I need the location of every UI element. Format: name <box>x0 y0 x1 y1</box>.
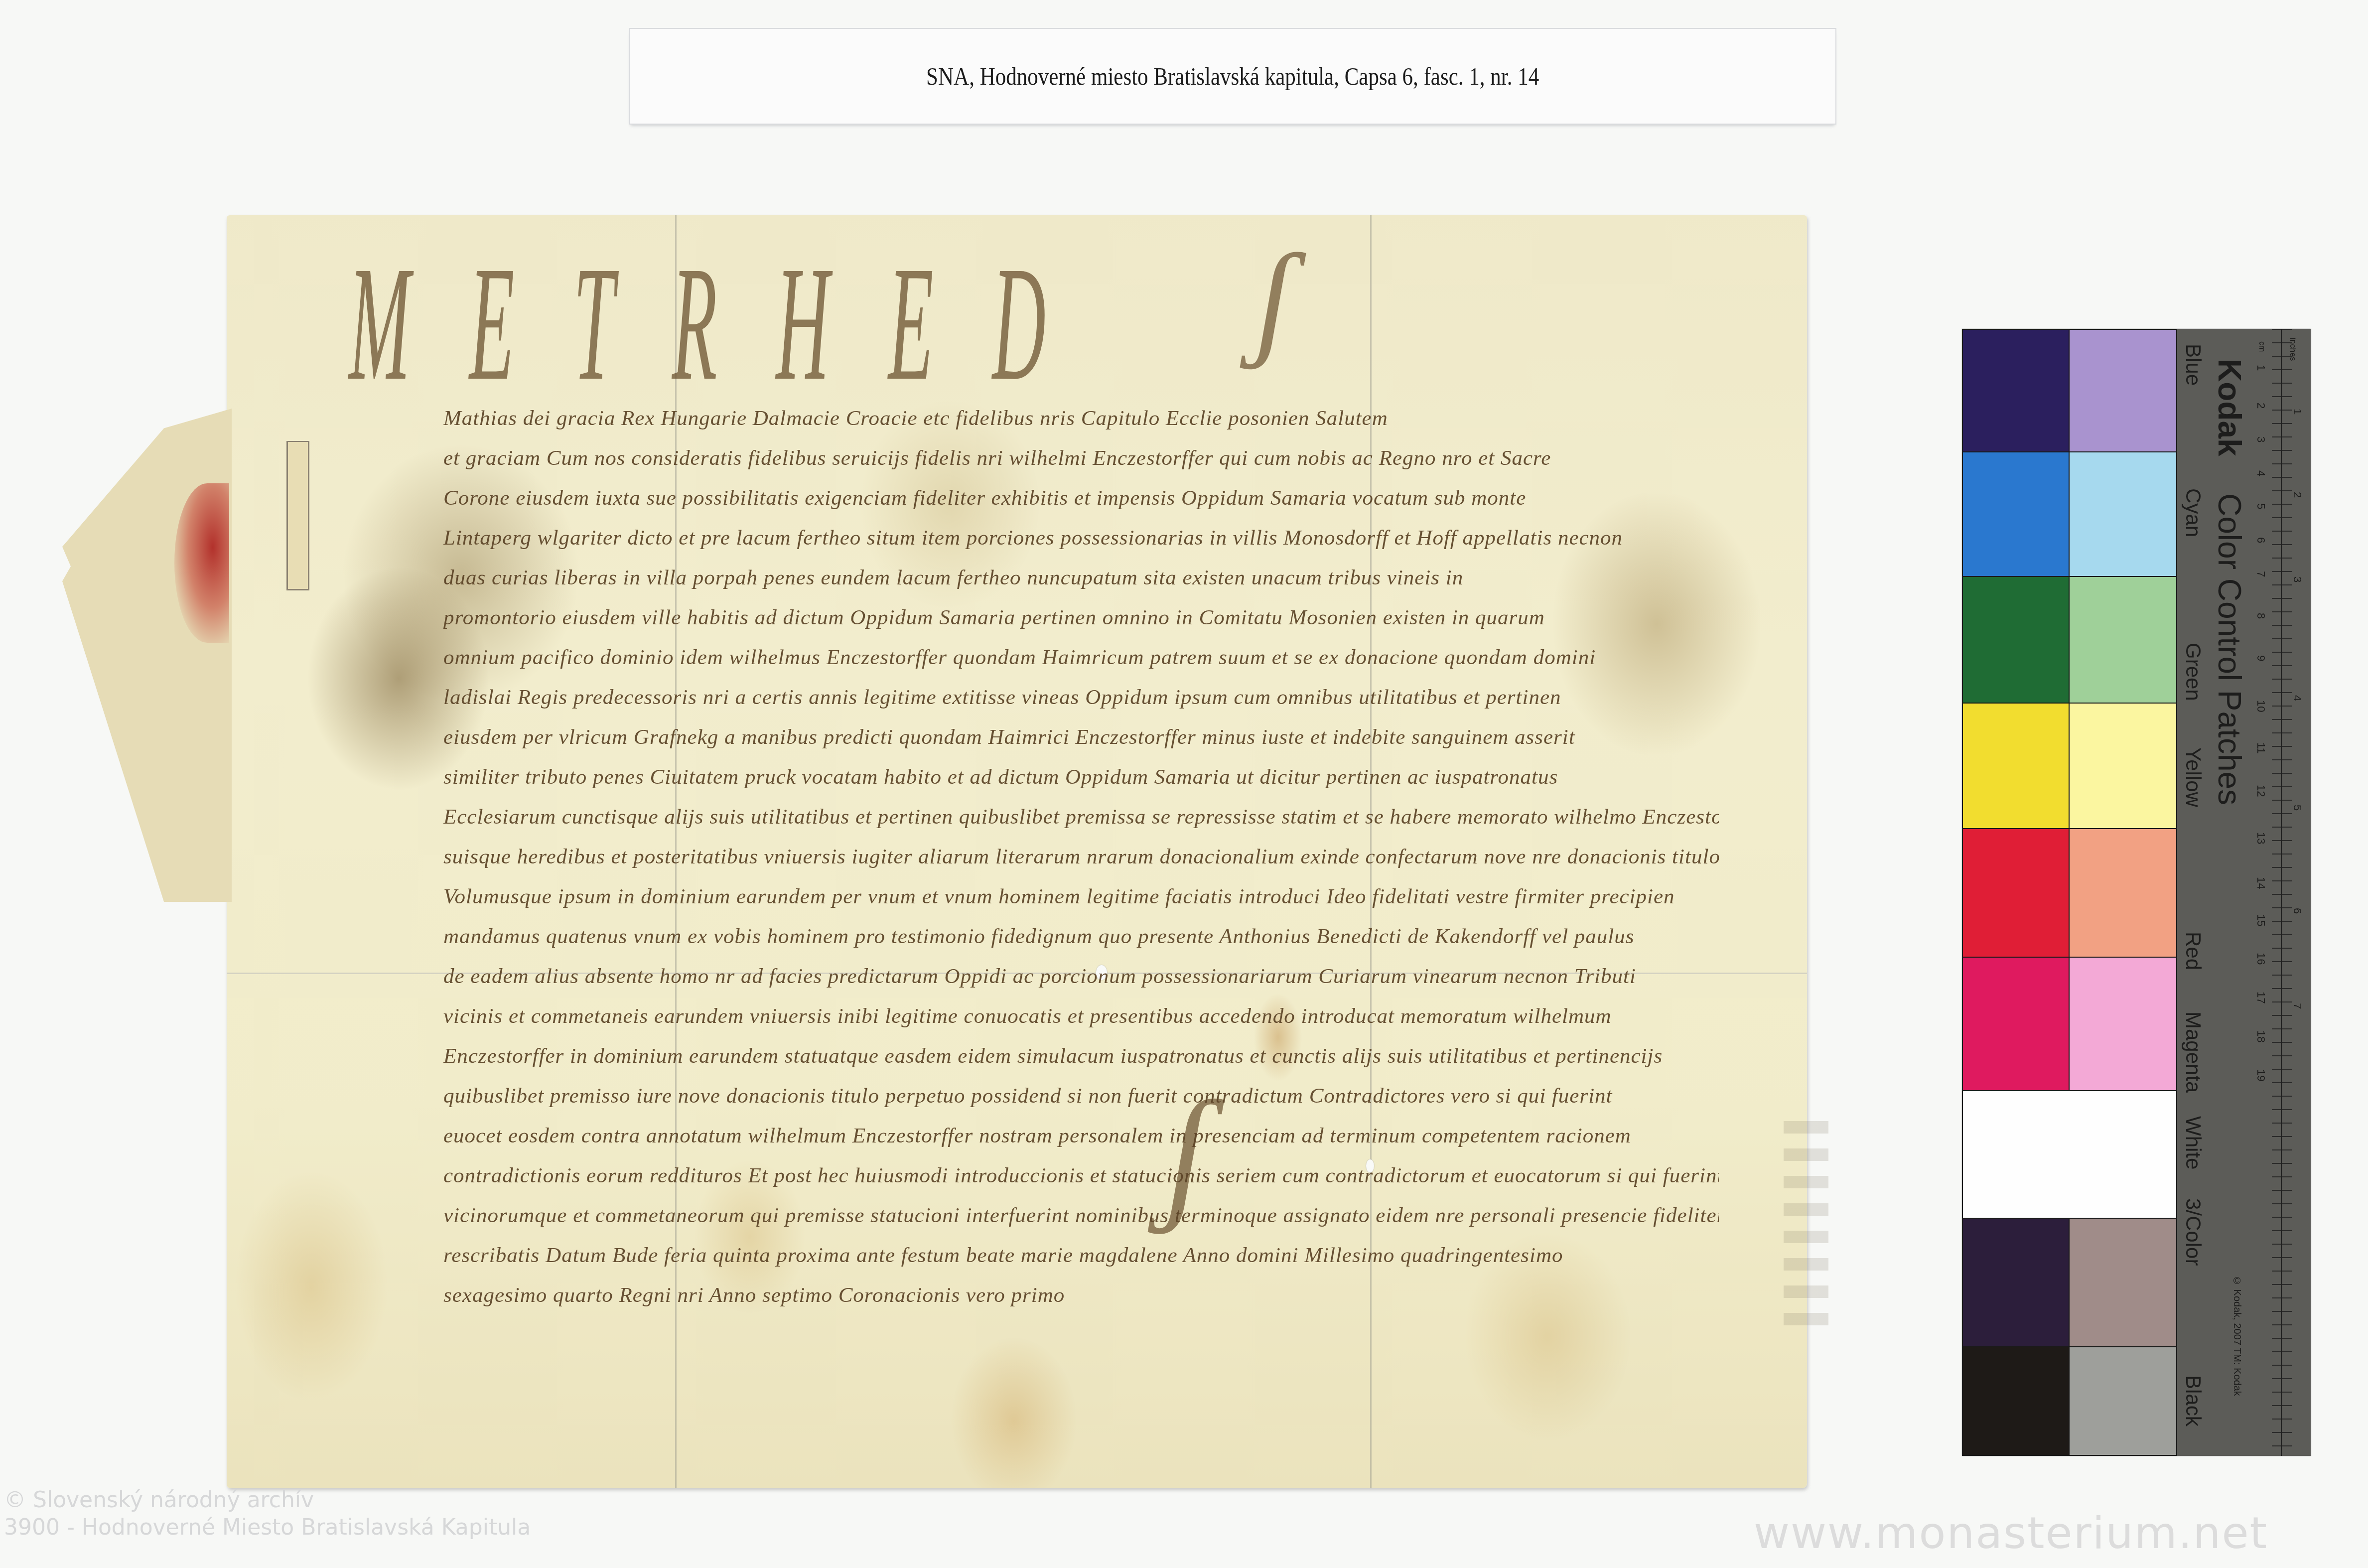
patch-label-black: Black <box>2181 1375 2205 1426</box>
patch-black-dark <box>1962 1346 2070 1456</box>
text-line: Mathias dei gracia Rex Hungarie Dalmacie… <box>443 399 1719 438</box>
ruler-unit-cm: cm <box>2257 341 2266 352</box>
inch-tick: 6 <box>2291 908 2304 914</box>
chart-copyright: © Kodak, 2007 TM: Kodak <box>2231 1276 2242 1396</box>
patch-yellow-light <box>2069 703 2177 829</box>
patch-magenta-light <box>2069 957 2177 1091</box>
text-line: mandamus quatenus vnum ex vobis hominem … <box>443 917 1719 957</box>
patch-red-light <box>2069 828 2177 958</box>
cm-tick: 8 <box>2254 613 2267 619</box>
inch-tick: 2 <box>2291 492 2304 498</box>
cm-tick: 2 <box>2254 403 2267 409</box>
patch-label-white: White <box>2181 1116 2205 1169</box>
text-line: Lintaperg wlgariter dicto et pre lacum f… <box>443 518 1719 558</box>
text-line: eiusdem per vlricum Grafnekg a manibus p… <box>443 717 1719 757</box>
inch-tick: 5 <box>2291 805 2304 811</box>
seal-flap <box>62 409 232 902</box>
charter-text: Mathias dei gracia Rex Hungarie Dalmacie… <box>443 399 1719 1315</box>
cm-tick: 13 <box>2254 832 2267 844</box>
kodak-color-control-strip: Blue Cyan Green Yellow Red Magenta White… <box>1962 329 2311 1456</box>
patch-label-green: Green <box>2181 643 2205 701</box>
cm-tick: 9 <box>2254 655 2267 661</box>
patch-label-red: Red <box>2181 932 2205 970</box>
patch-label-magenta: Magenta <box>2181 1011 2205 1093</box>
inch-tick: 7 <box>2291 1003 2304 1009</box>
text-line: Volumusque ipsum in dominium earundem pe… <box>443 877 1719 917</box>
chart-title: Color Control Patches <box>2211 493 2248 805</box>
cm-tick: 1 <box>2254 365 2267 371</box>
text-line: suisque heredibus et posteritatibus vniu… <box>443 837 1719 877</box>
text-line: et graciam Cum nos consideratis fidelibu… <box>443 438 1719 478</box>
cm-tick: 5 <box>2254 503 2267 509</box>
archival-label-card: SNA, Hodnoverné miesto Bratislavská kapi… <box>629 28 1836 125</box>
patch-blue-light <box>2069 329 2177 452</box>
fond-watermark: 3900 - Hodnoverné Miesto Bratislavská Ka… <box>4 1515 531 1540</box>
patch-white <box>1962 1090 2177 1219</box>
text-line: Corone eiusdem iuxta sue possibilitatis … <box>443 478 1719 518</box>
patch-magenta-dark <box>1962 957 2070 1091</box>
cm-tick: 3 <box>2254 436 2267 442</box>
cm-tick: 6 <box>2254 537 2267 543</box>
patch-green-dark <box>1962 576 2070 704</box>
ruler-band: Blue Cyan Green Yellow Red Magenta White… <box>2177 329 2311 1456</box>
cm-tick: 14 <box>2254 877 2267 889</box>
text-line: Enczestorffer in dominium earundem statu… <box>443 1036 1719 1076</box>
text-line: omnium pacifico dominio idem wilhelmus E… <box>443 638 1719 678</box>
text-line: de eadem alius absente homo nr ad facies… <box>443 957 1719 997</box>
text-line: Ecclesiarum cunctisque alijs suis utilit… <box>443 797 1719 837</box>
ruler-ticks <box>2272 329 2292 1456</box>
seal-tag-slit <box>286 441 309 590</box>
cm-tick: 16 <box>2254 953 2267 965</box>
text-line: sexagesimo quarto Regni nri Anno septimo… <box>443 1276 1719 1315</box>
text-line: contradictionis eorum reddituros Et post… <box>443 1156 1719 1196</box>
text-line: euocet eosdem contra annotatum wilhelmum… <box>443 1116 1719 1156</box>
patch-label-yellow: Yellow <box>2181 747 2205 807</box>
site-watermark: www.monasterium.net <box>1754 1507 2268 1559</box>
cm-tick: 18 <box>2254 1030 2267 1042</box>
inch-tick: 4 <box>2291 695 2304 701</box>
text-line: quibuslibet premisso iure nove donacioni… <box>443 1076 1719 1116</box>
cm-tick: 19 <box>2254 1069 2267 1081</box>
patch-cyan-light <box>2069 451 2177 577</box>
patch-3color-light <box>2069 1218 2177 1347</box>
cm-tick: 17 <box>2254 992 2267 1003</box>
inch-tick: 3 <box>2291 576 2304 582</box>
faint-archive-stamp <box>1784 1121 1828 1330</box>
patch-label-blue: Blue <box>2181 344 2205 386</box>
patch-green-light <box>2069 576 2177 704</box>
text-line: rescribatis Datum Bude feria quinta prox… <box>443 1236 1719 1276</box>
text-line: duas curias liberas in villa porpah pene… <box>443 558 1719 598</box>
patch-yellow-dark <box>1962 703 2070 829</box>
kodak-logo: Kodak <box>2211 359 2248 456</box>
text-line: vicinis et commetaneis earundem vniuersi… <box>443 997 1719 1036</box>
patch-label-cyan: Cyan <box>2181 488 2205 537</box>
decorative-flourish: ʃ <box>1255 224 1293 373</box>
text-line: promontorio eiusdem ville habitis ad dic… <box>443 598 1719 638</box>
text-line: ladislai Regis predecessoris nri a certi… <box>443 678 1719 717</box>
archival-signature: SNA, Hodnoverné miesto Bratislavská kapi… <box>926 62 1539 91</box>
cm-tick: 11 <box>2254 742 2267 754</box>
patch-blue-dark <box>1962 329 2070 452</box>
text-line: vicinorumque et commetaneorum qui premis… <box>443 1196 1719 1236</box>
cm-tick: 12 <box>2254 785 2267 797</box>
inch-tick: 1 <box>2291 409 2304 415</box>
patch-cyan-dark <box>1962 451 2070 577</box>
color-patches <box>1962 329 2176 1456</box>
text-line: similiter tributo penes Ciuitatem pruck … <box>443 757 1719 797</box>
cm-tick: 4 <box>2254 470 2267 476</box>
patch-red-dark <box>1962 828 2070 958</box>
patch-black-light <box>2069 1346 2177 1456</box>
cm-tick: 15 <box>2254 914 2267 926</box>
cm-tick: 10 <box>2254 700 2267 712</box>
patch-label-3color: 3/Color <box>2181 1198 2205 1266</box>
cm-tick: 7 <box>2254 571 2267 577</box>
patch-3color-dark <box>1962 1218 2070 1347</box>
copyright-watermark: © Slovenský národný archív <box>4 1487 314 1513</box>
decorative-initials: M E T R H E D <box>349 229 1066 418</box>
